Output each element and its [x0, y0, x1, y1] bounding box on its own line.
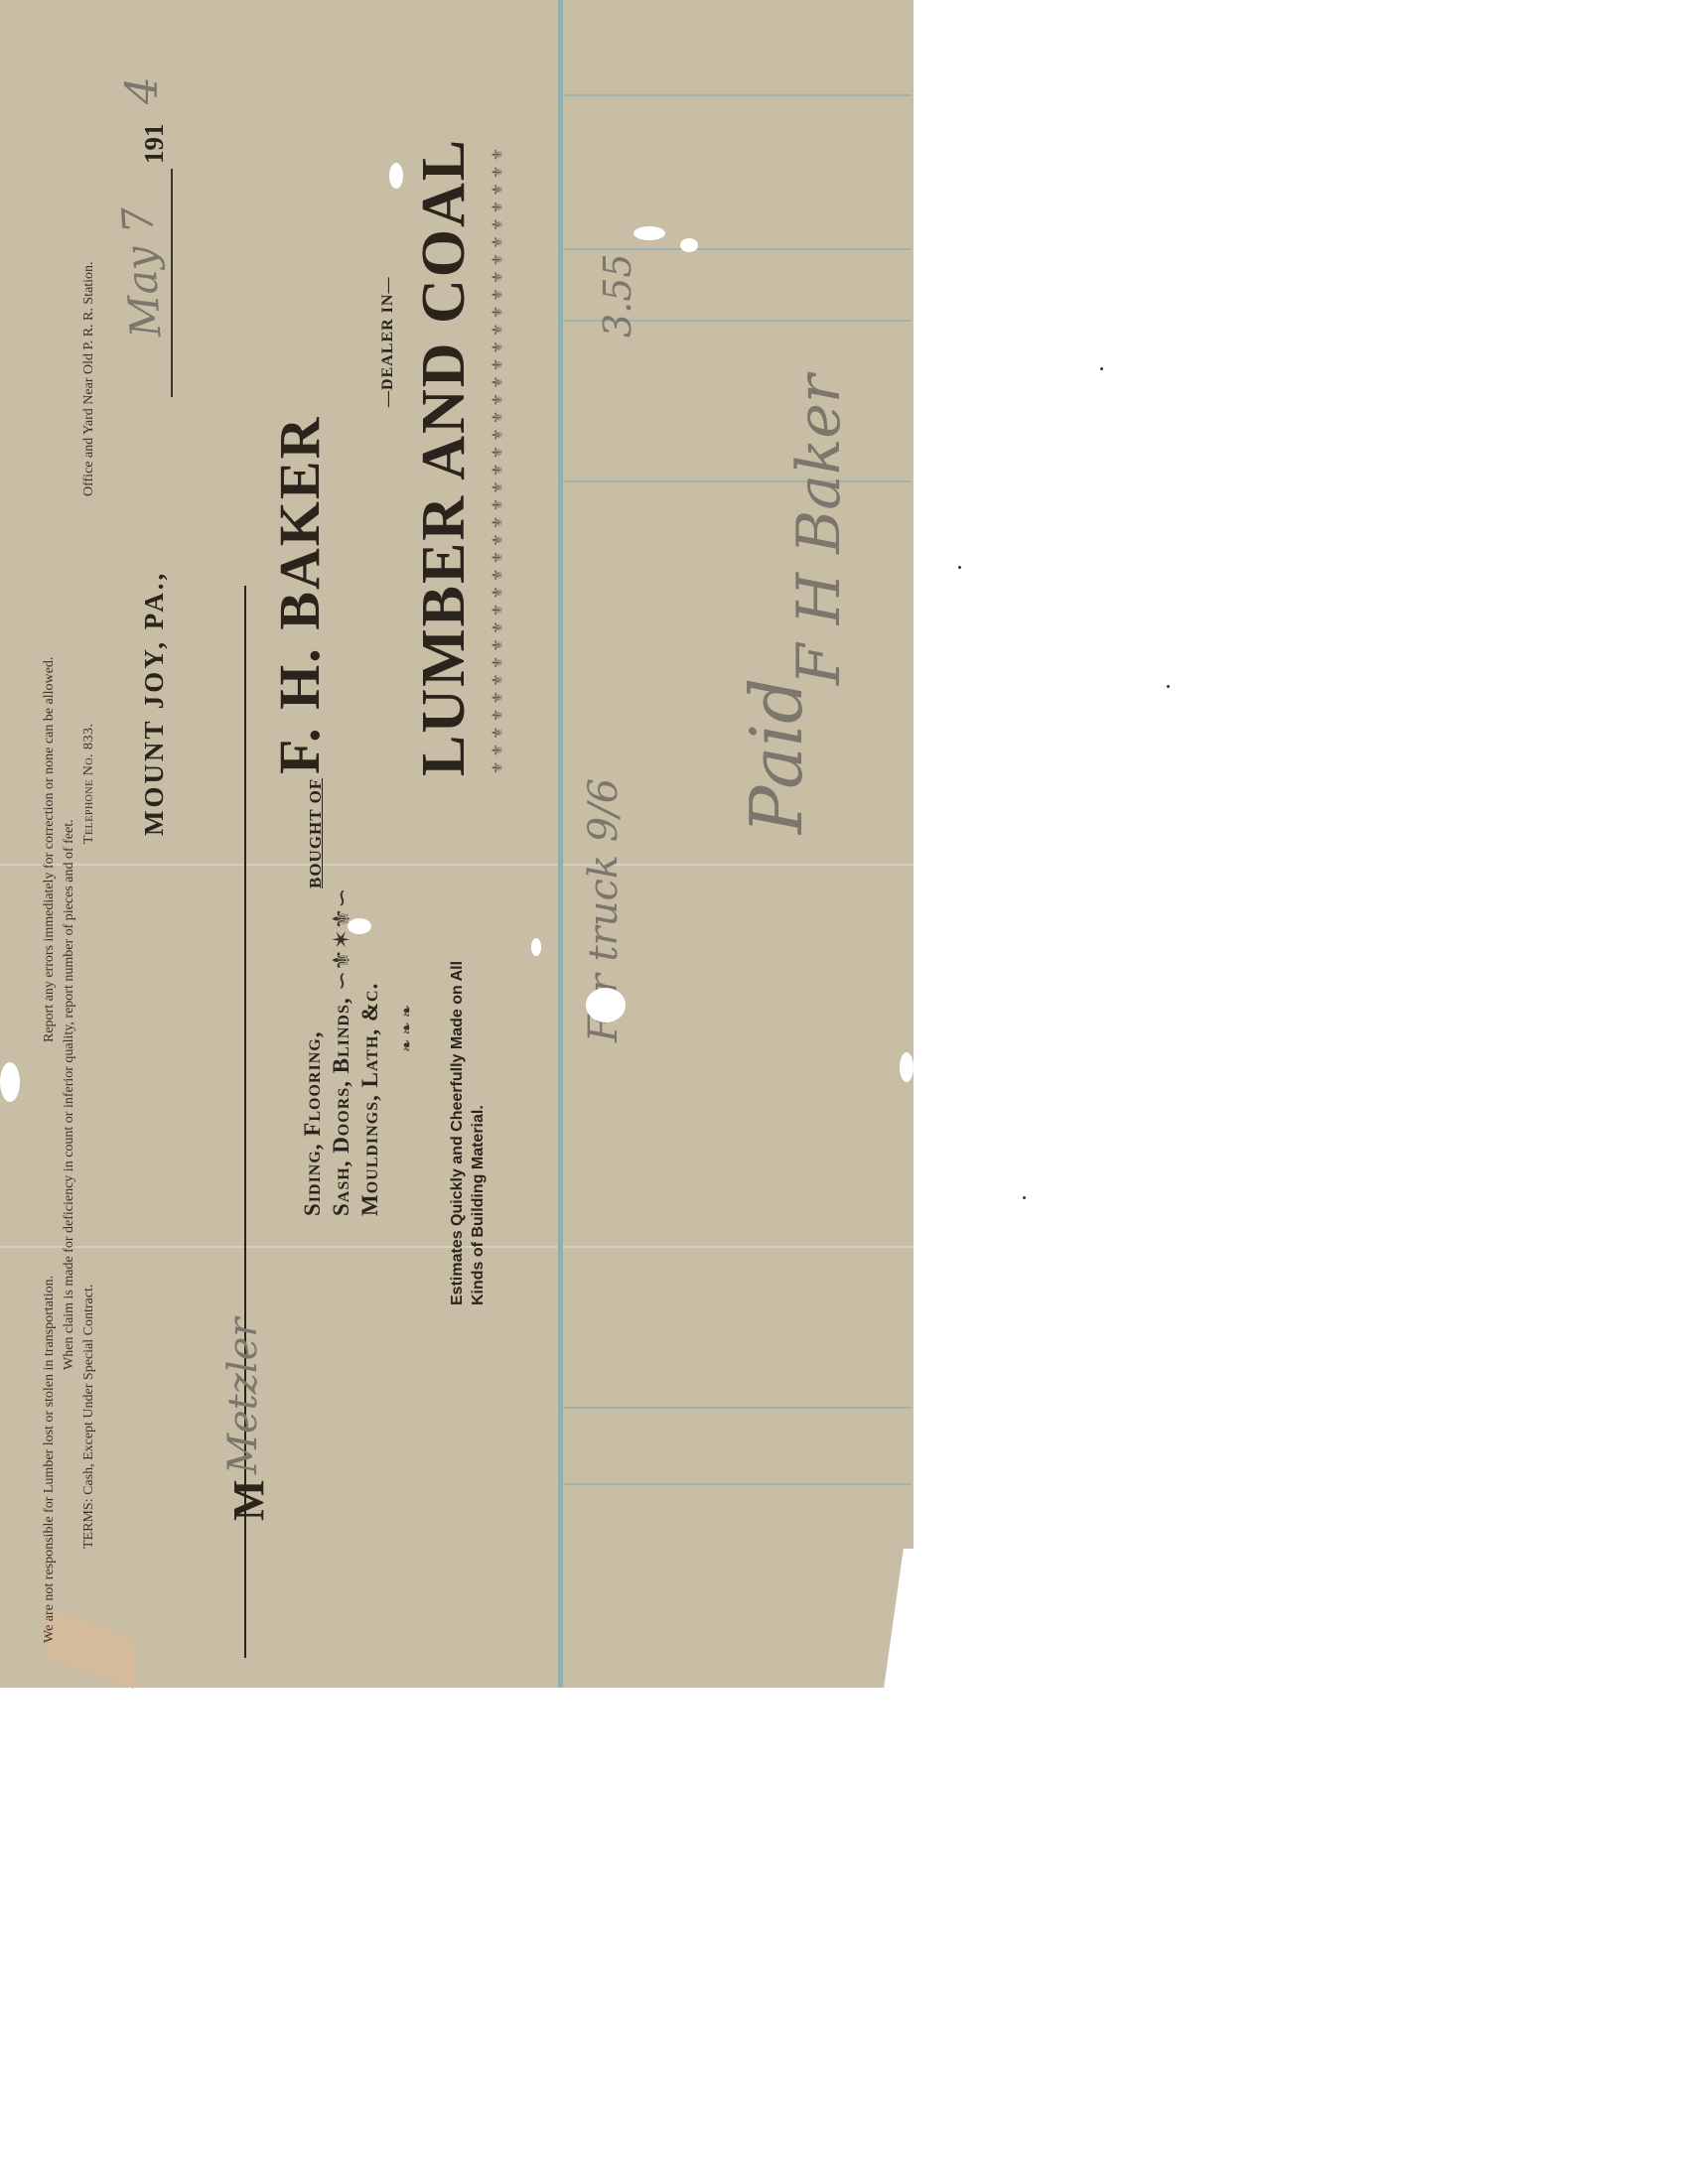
scroll-ornament-icon: ∽⚜✶⚜∽ [328, 888, 356, 991]
disclaimer-line: We are not responsible for Lumber lost o… [42, 1276, 58, 1643]
bought-of-label: BOUGHT OF [306, 778, 326, 888]
handwritten-signature[interactable]: F H Baker [784, 374, 854, 685]
paper-hole [586, 988, 626, 1023]
handwritten-date[interactable]: May 7 [112, 205, 170, 340]
estimates-line: Estimates Quickly and Cheerfully Made on… [447, 961, 468, 1305]
place-name: MOUNT JOY, PA., [139, 571, 170, 836]
scan-speck [958, 566, 961, 569]
terms-line: TERMS: Cash, Except Under Special Contra… [81, 1285, 97, 1549]
estimates-note: Estimates Quickly and Cheerfully Made on… [447, 961, 489, 1305]
customer-prefix: M [223, 1479, 274, 1521]
product-line: Mouldings, Lath, &c. [355, 983, 384, 1216]
office-yard-line: Office and Yard Near Old P. R. R. Statio… [81, 261, 97, 496]
merchant-name: F. H. BAKER [266, 416, 333, 774]
fleuron-border: ⚜⚜⚜⚜⚜⚜⚜⚜⚜⚜⚜⚜⚜⚜⚜⚜⚜⚜⚜⚜⚜⚜⚜⚜⚜⚜⚜⚜⚜⚜⚜⚜⚜⚜⚜⚜ [489, 144, 507, 774]
telephone-line: Telephone No. 833. [81, 723, 97, 844]
paper-hole [0, 1062, 20, 1102]
handwritten-amount[interactable]: 3.55 [596, 253, 639, 338]
products-divider: ❧ ❧ ❧ [397, 1005, 417, 1052]
scan-speck [1100, 367, 1103, 370]
year-prefix: 191 [139, 124, 170, 165]
trade-title: LUMBER AND COAL [409, 138, 480, 776]
handwritten-year-digit[interactable]: 4 [117, 76, 168, 104]
scan-speck [1167, 685, 1170, 688]
paper-hole [348, 918, 371, 934]
product-line: Siding, Flooring, [298, 983, 327, 1216]
handwritten-paid-note[interactable]: Paid [735, 678, 818, 834]
estimates-line: Kinds of Building Material. [468, 961, 489, 1305]
paper-hole [680, 238, 698, 252]
paper-hole [900, 1052, 914, 1082]
paper-hole [633, 226, 665, 240]
product-line: Sash, Doors, Blinds, [327, 983, 355, 1216]
billhead: We are not responsible for Lumber lost o… [0, 0, 914, 1688]
scan-speck [1023, 1196, 1026, 1199]
paper-hole [389, 163, 403, 189]
date-line [171, 169, 173, 397]
paper-hole [531, 938, 541, 956]
handwritten-customer-name[interactable]: Metzler [220, 1318, 266, 1474]
dealer-in-label: —DEALER IN— [379, 277, 397, 407]
claim-line: When claim is made for deficiency in cou… [62, 819, 77, 1370]
products-list: Siding, Flooring, Sash, Doors, Blinds, M… [298, 983, 384, 1216]
report-errors-line: Report any errors immediately for correc… [42, 657, 58, 1042]
